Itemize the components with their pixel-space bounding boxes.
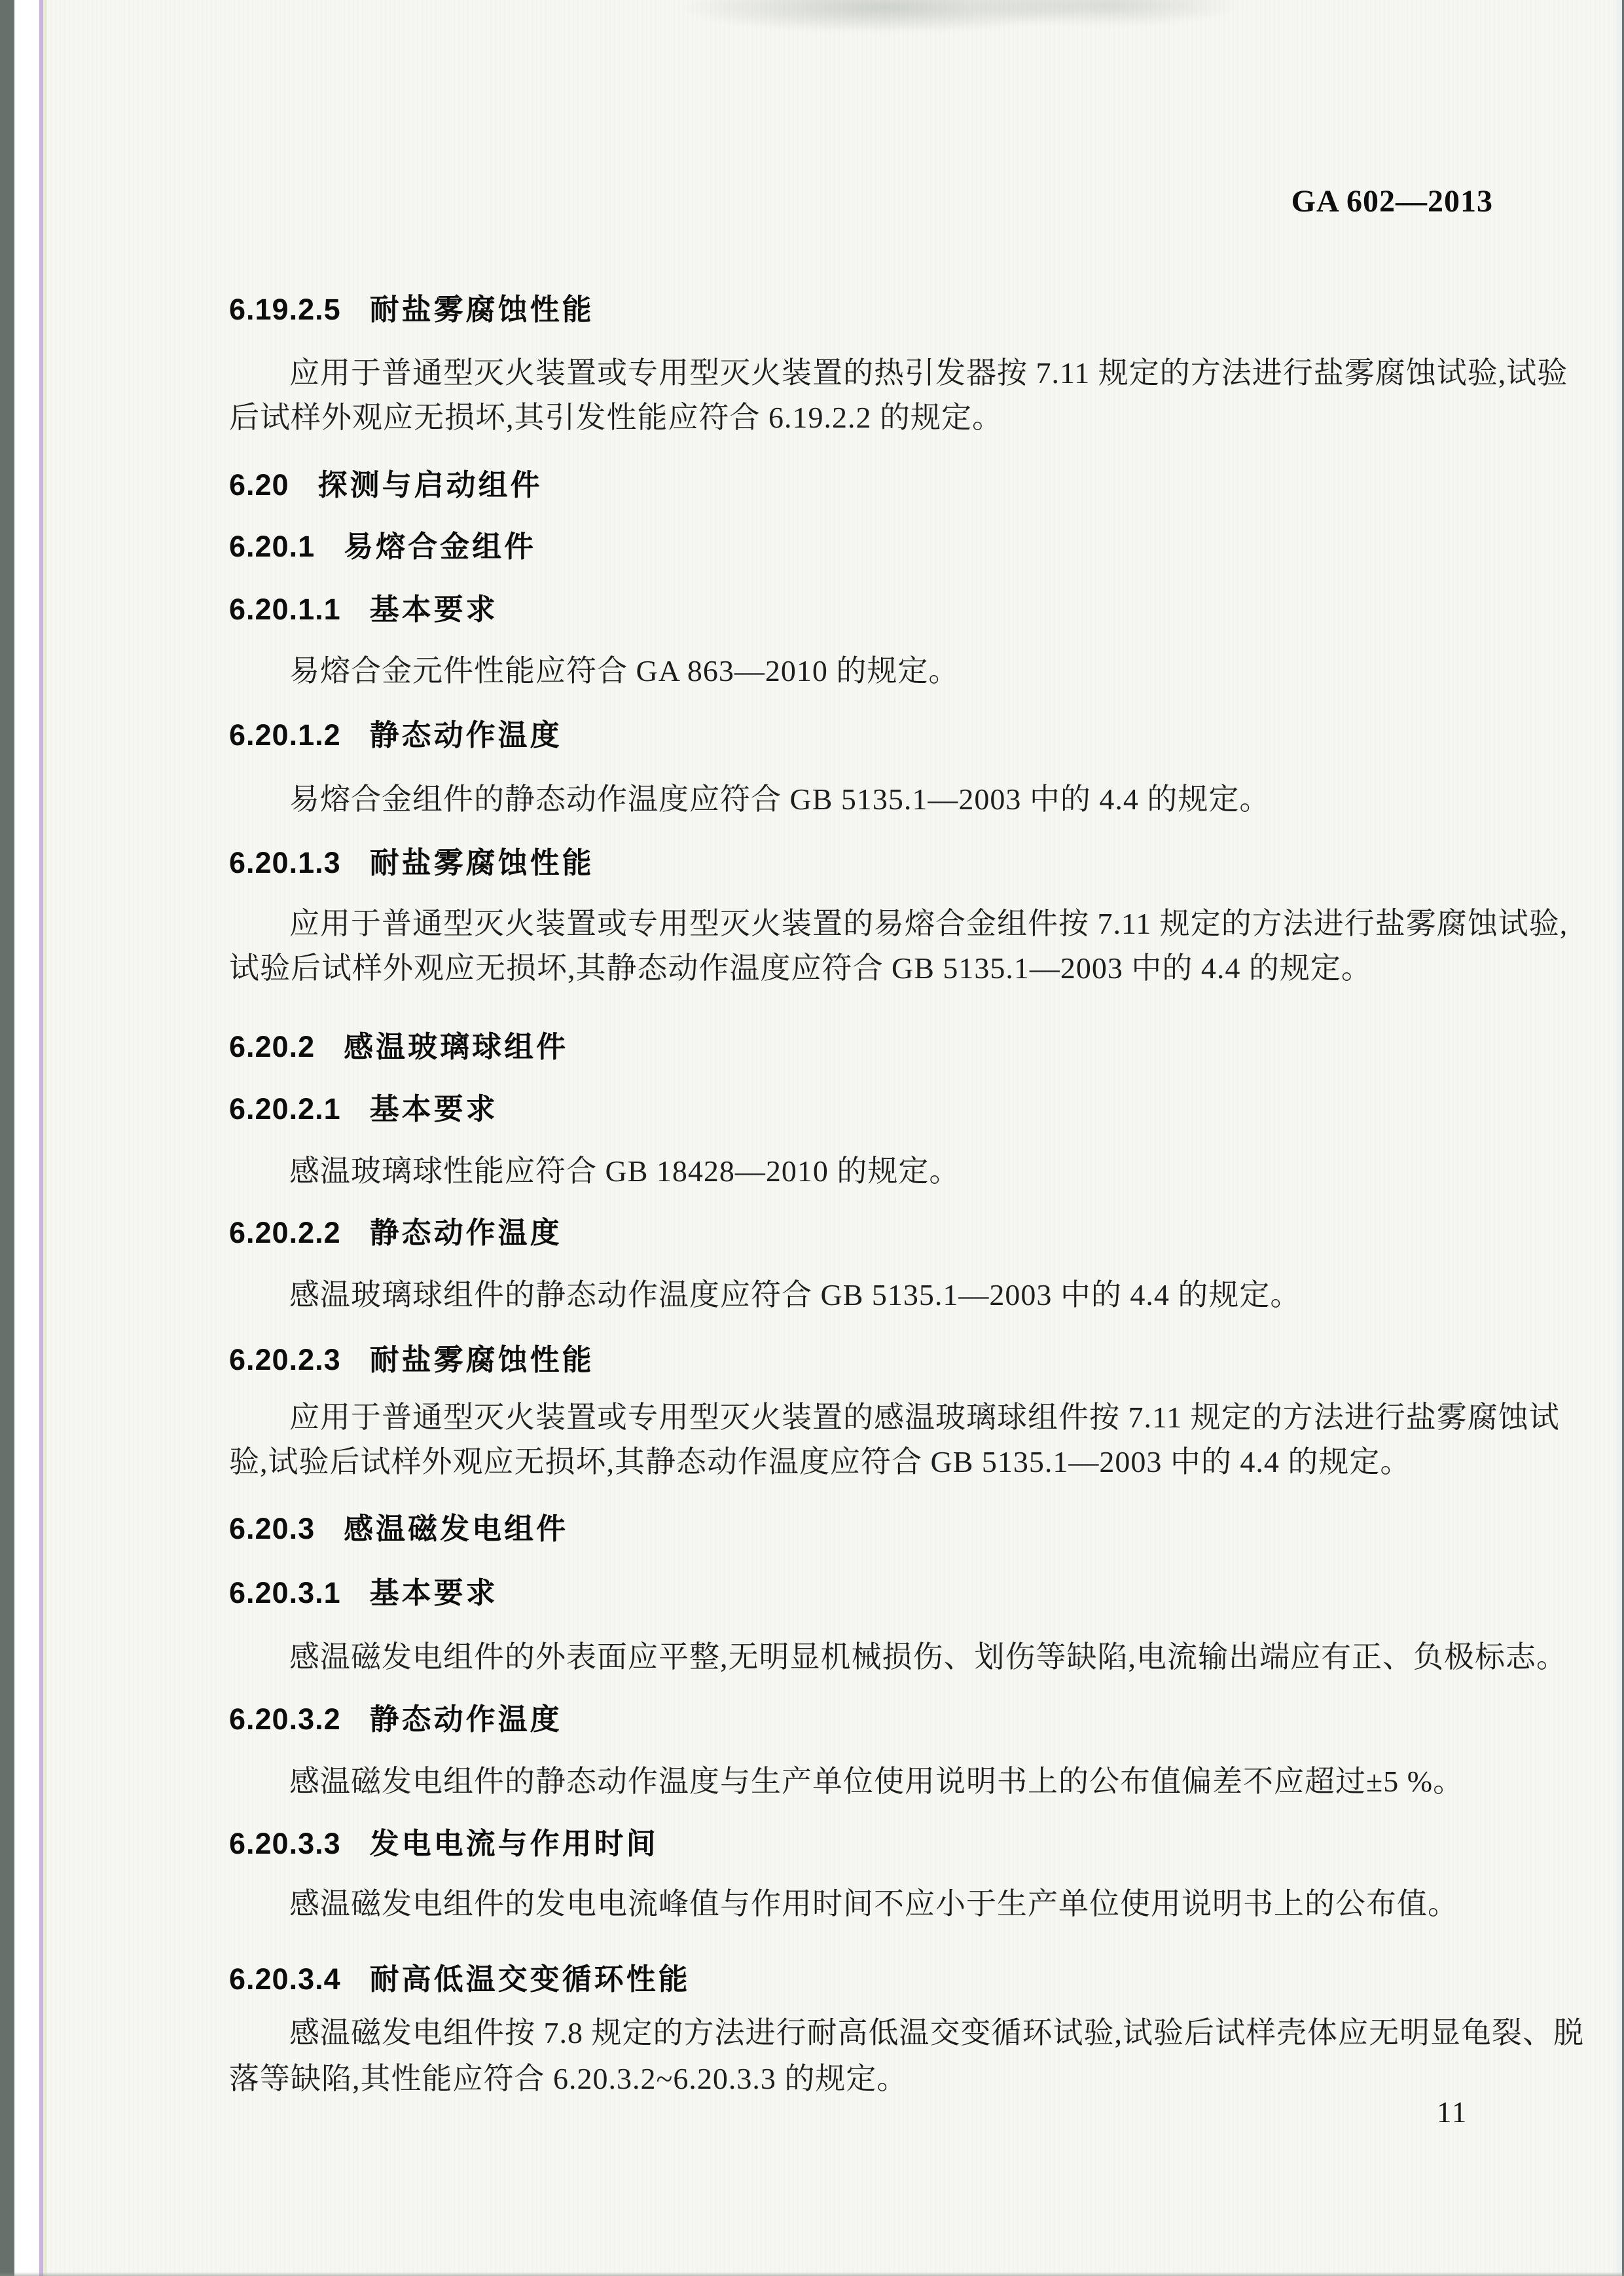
body-line: 试验后试样外观应无损坏,其静态动作温度应符合 GB 5135.1—2003 中的…	[229, 952, 1372, 985]
scan-right-tint	[1613, 0, 1622, 2276]
body-line: 验,试验后试样外观应无损坏,其静态动作温度应符合 GB 5135.1—2003 …	[229, 1446, 1411, 1479]
section-heading-6-20-3-3: 6.20.3.3发电电流与作用时间	[229, 1827, 659, 1860]
section-title: 易熔合金组件	[344, 530, 536, 563]
body-line: 感温磁发电组件的静态动作温度与生产单位使用说明书上的公布值偏差不应超过±5 %。	[229, 1765, 1464, 1799]
section-number: 6.20.1.2	[229, 719, 341, 752]
section-heading-6-20-2: 6.20.2感温玻璃球组件	[229, 1031, 568, 1063]
section-number: 6.20.2	[229, 1031, 315, 1063]
section-number: 6.20.3.4	[229, 1963, 341, 1996]
section-title: 发电电流与作用时间	[370, 1827, 659, 1860]
section-title: 静态动作温度	[370, 1217, 562, 1249]
section-number: 6.20.1	[229, 530, 315, 563]
body-line: 落等缺陷,其性能应符合 6.20.3.2~6.20.3.3 的规定。	[229, 2063, 907, 2096]
body-line: 应用于普通型灭火装置或专用型灭火装置的热引发器按 7.11 规定的方法进行盐雾腐…	[229, 357, 1568, 390]
scan-pale-line	[43, 0, 47, 2276]
body-line: 感温玻璃球性能应符合 GB 18428—2010 的规定。	[229, 1155, 960, 1188]
section-title: 耐盐雾腐蚀性能	[370, 1344, 594, 1376]
page-number: 11	[1437, 2095, 1468, 2129]
section-number: 6.19.2.5	[229, 293, 341, 326]
section-heading-6-20-1: 6.20.1易熔合金组件	[229, 530, 536, 563]
body-line: 感温磁发电组件按 7.8 规定的方法进行耐高低温交变循环试验,试验后试样壳体应无…	[229, 2017, 1584, 2050]
section-title: 耐盐雾腐蚀性能	[370, 293, 594, 326]
section-title: 静态动作温度	[370, 1703, 562, 1736]
section-title: 基本要求	[370, 593, 498, 626]
body-line: 易熔合金组件的静态动作温度应符合 GB 5135.1—2003 中的 4.4 的…	[229, 783, 1270, 817]
scan-white-strip-left	[14, 0, 39, 2276]
section-heading-6-20-1-1: 6.20.1.1基本要求	[229, 593, 498, 626]
section-title: 静态动作温度	[370, 719, 562, 752]
body-line: 应用于普通型灭火装置或专用型灭火装置的易熔合金组件按 7.11 规定的方法进行盐…	[229, 908, 1568, 941]
section-number: 6.20	[229, 469, 289, 502]
standard-number-header: GA 602—2013	[1291, 183, 1493, 219]
section-heading-6-20-3: 6.20.3感温磁发电组件	[229, 1513, 568, 1545]
section-number: 6.20.1.3	[229, 847, 341, 879]
section-title: 感温磁发电组件	[344, 1513, 568, 1545]
section-number: 6.20.3.3	[229, 1827, 341, 1860]
section-title: 基本要求	[370, 1577, 498, 1609]
section-heading-6-20-2-3: 6.20.2.3耐盐雾腐蚀性能	[229, 1344, 594, 1376]
body-line: 后试样外观应无损坏,其引发性能应符合 6.19.2.2 的规定。	[229, 401, 1003, 435]
section-number: 6.20.1.1	[229, 593, 341, 626]
section-heading-6-20-3-4: 6.20.3.4耐高低温交变循环性能	[229, 1963, 691, 1996]
section-number: 6.20.3.2	[229, 1703, 341, 1736]
section-heading-6-20-3-1: 6.20.3.1基本要求	[229, 1577, 498, 1609]
body-line: 易熔合金元件性能应符合 GA 863—2010 的规定。	[229, 655, 959, 688]
section-title: 感温玻璃球组件	[344, 1031, 568, 1063]
section-heading-6-20-2-2: 6.20.2.2静态动作温度	[229, 1217, 562, 1249]
section-number: 6.20.3	[229, 1513, 315, 1545]
section-title: 基本要求	[370, 1093, 498, 1126]
body-line: 感温玻璃球组件的静态动作温度应符合 GB 5135.1—2003 中的 4.4 …	[229, 1279, 1301, 1312]
scan-smudge	[969, 0, 1244, 26]
section-number: 6.20.2.1	[229, 1093, 341, 1126]
body-line: 感温磁发电组件的外表面应平整,无明显机械损伤、划伤等缺陷,电流输出端应有正、负极…	[229, 1641, 1567, 1674]
section-heading-6-19-2-5: 6.19.2.5耐盐雾腐蚀性能	[229, 293, 594, 326]
section-title: 耐盐雾腐蚀性能	[370, 847, 594, 879]
scan-dark-edge-left	[0, 0, 14, 2276]
section-number: 6.20.3.1	[229, 1577, 341, 1609]
section-heading-6-20-1-3: 6.20.1.3耐盐雾腐蚀性能	[229, 847, 594, 879]
scanned-document-page: GA 602—2013 6.19.2.5耐盐雾腐蚀性能 应用于普通型灭火装置或专…	[0, 0, 1624, 2276]
section-heading-6-20-3-2: 6.20.3.2静态动作温度	[229, 1703, 562, 1736]
section-number: 6.20.2.2	[229, 1217, 341, 1249]
section-heading-6-20-2-1: 6.20.2.1基本要求	[229, 1093, 498, 1126]
body-line: 应用于普通型灭火装置或专用型灭火装置的感温玻璃球组件按 7.11 规定的方法进行…	[229, 1401, 1560, 1435]
section-title: 耐高低温交变循环性能	[370, 1963, 691, 1996]
section-number: 6.20.2.3	[229, 1344, 341, 1376]
body-line: 感温磁发电组件的发电电流峰值与作用时间不应小于生产单位使用说明书上的公布值。	[229, 1888, 1458, 1921]
scan-bottom-edge	[0, 2272, 1624, 2276]
section-heading-6-20-1-2: 6.20.1.2静态动作温度	[229, 719, 562, 752]
section-title: 探测与启动组件	[318, 469, 543, 502]
section-heading-6-20: 6.20探测与启动组件	[229, 469, 543, 502]
